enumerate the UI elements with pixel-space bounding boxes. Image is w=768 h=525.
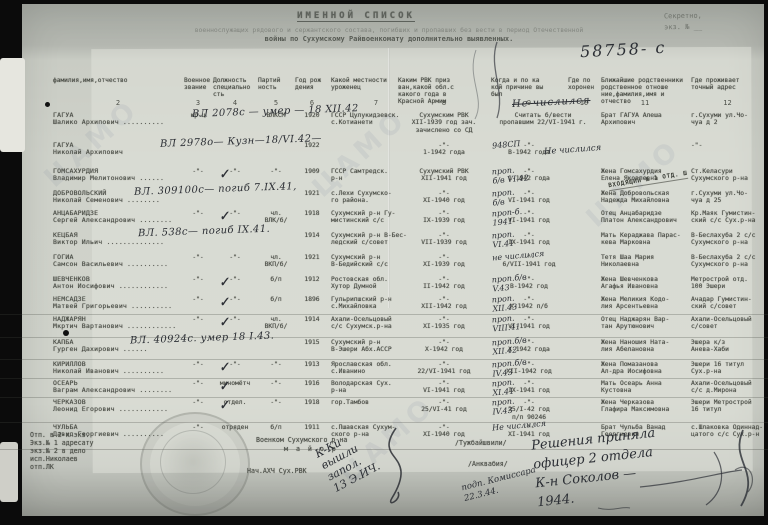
cell-drafted: -"- XI-1935 год: [398, 316, 490, 331]
document-title: ИМЕННОЙ СПИСОК: [236, 11, 476, 21]
cell-rank: -"-: [184, 296, 212, 303]
cell-party: б/п: [258, 296, 294, 303]
cell-drafted: -"- VII-1939 год: [398, 232, 490, 247]
column-number: 9: [491, 99, 567, 107]
cell-year: 1915: [295, 339, 329, 346]
cell-rel: Жена Гомсахурдия Елена Яковлевна: [601, 168, 689, 183]
cell-year: 1896: [295, 296, 329, 303]
cell-name: ГОМСАХУРДИЯ Владимир Мелитонович ......: [53, 168, 183, 183]
cell-year: 1918: [295, 399, 329, 406]
cell-rank: -"-: [184, 380, 212, 387]
column-header-year: Год рож дения: [295, 77, 333, 91]
cell-drafted: -"- Х-1942 год: [398, 339, 490, 354]
cell-rank: -"-: [184, 316, 212, 323]
cell-addr: г.Сухуми ул.Чо- чуа д 2: [691, 112, 764, 127]
cell-drafted: -"- VI-1941 год: [398, 380, 490, 395]
column-number: 4: [213, 99, 257, 107]
cell-drafted: -"- XI-1940 год: [398, 424, 490, 439]
cell-name: НЕМСАДЗЕ Матвей Григорьевич ..........: [53, 296, 183, 311]
table-row: КАПБА Гурген Дахирович ......1915Сухумск…: [0, 337, 768, 359]
cell-party: чл. ВКП/б/: [258, 316, 294, 331]
cell-rel: Жена Черказова Глафира Максимовна: [601, 399, 689, 414]
cell-party: -"-: [258, 168, 294, 175]
cell-addr: Кр.Маяк Гумистин- ский с/с Сух.р-на: [691, 210, 764, 225]
copies-note: Отп. в 2-х экз. Экз.№ 1 адресату экз.№ 2…: [30, 431, 94, 471]
cell-name: ГОГИА Самсон Васильевич ..........: [53, 254, 183, 269]
cell-name: НАДЖАРЯН Мкртич Вартанович ............: [53, 316, 183, 331]
table-row: АНЦАБАРИДЗЕ Сергей Александрович .......…: [0, 209, 768, 231]
cell-party: -"-: [258, 399, 294, 406]
cell-drafted: -"- 1-1942 года: [398, 142, 490, 157]
column-number: 3: [184, 99, 212, 107]
column-number: 12: [691, 99, 764, 107]
cell-drafted: Сухумским РВК XII-1939 год зач. зачислен…: [398, 112, 490, 134]
secret-stamp-line2: экз. № __: [664, 22, 702, 31]
table-row: КИРИЛЛОВ Николай Иванович ..........-"--…: [0, 359, 768, 378]
cell-rank: -"-: [184, 276, 212, 283]
document-subtitle-1: военнослужащих рядового и сержантского с…: [104, 26, 674, 34]
cell-name: ОСЕАРЬ Ваграм Александрович ........: [53, 380, 183, 395]
cell-name: ШЕВЧЕНКОВ Антон Иосифович ............: [53, 276, 183, 291]
document-subtitle-2: войны по Сухумскому Райвоенкомату дополн…: [164, 35, 614, 43]
column-header-lost: Когда и по ка кой причине вы был: [491, 77, 571, 98]
cell-addr: с.Шлаковка Одиннад- цатого с/с Сух.р-н: [691, 424, 764, 439]
cell-year: 1921: [295, 190, 329, 197]
table-row: ГОМСАХУРДИЯ Владимир Мелитонович ......-…: [0, 167, 768, 189]
cell-rel: Жена Помазанова Ал-дра Иосифовна: [601, 361, 689, 376]
cell-addr: г.Сухуми ул.Чо- чуа д 25: [691, 190, 764, 205]
table-row: КЕЦБАЯ Виктор Ильич ..............1914Су…: [0, 231, 768, 253]
table-row: ШЕВЧЕНКОВ Антон Иосифович ............-"…: [0, 275, 768, 295]
cell-party: чл. ВЛК/б/: [258, 210, 294, 225]
table-row: ЧЕРКАЗОВ Леонид Егорович ............-"-…: [0, 397, 768, 422]
cell-addr: Ст.Келасури Сухумского р-на: [691, 168, 764, 183]
cell-drafted: -"- XI-1940 год: [398, 190, 490, 205]
cell-rank: -"-: [184, 210, 212, 217]
cell-addr: В-Беслахуба 2 с/с Сухумского р-на: [691, 254, 764, 269]
column-header-rank: Военное звание: [184, 77, 216, 91]
cell-drafted: -"- XII-1942 год: [398, 296, 490, 311]
table-row: ГАГУА Николай Архипович1922-"- 1-1942 го…: [0, 141, 768, 167]
cell-year: 1911: [295, 424, 329, 431]
cell-rel: Жена Наношия Ната- лия Абелановна: [601, 339, 689, 354]
table-row: НАДЖАРЯН Мкртич Вартанович ............-…: [0, 314, 768, 337]
secret-stamp: Секретно, экз. № __: [664, 11, 702, 33]
column-number: 2: [53, 99, 183, 107]
table-body: ГАГУА Шалико Архипович ..........кр-цВЛК…: [0, 111, 768, 450]
cell-party: б/п: [258, 276, 294, 283]
column-number: 10: [568, 99, 600, 107]
cell-rel: Брат ГАГУА Алеша Архипович: [601, 112, 689, 127]
cell-party: -"-: [258, 380, 294, 387]
clerk-title: Нач.АХЧ Сух.РВК: [247, 467, 307, 475]
cell-rel: Мать Осеарь Анна Кустовна: [601, 380, 689, 395]
torn-edge-patch-bottom: [0, 442, 18, 502]
cell-addr: Ахали-Осельцовый с/совет: [691, 316, 764, 331]
cell-name: АНЦАБАРИДЗЕ Сергей Александрович .......…: [53, 210, 183, 225]
cell-addr: Ачадар Гумистин- ский с/совет: [691, 296, 764, 311]
cell-rel: Жена Добровольская Надежда Михайловна: [601, 190, 689, 205]
round-seal-stamp: [140, 412, 250, 516]
handwritten-checkmark: ✓: [218, 314, 230, 329]
handwritten-checkmark: ✓: [218, 397, 230, 412]
cell-addr: Эшера к/з Анева-Хаби: [691, 339, 764, 354]
document-scan: ЦАМО ЦАМО ЦАМО ЦАМО ИМЕННОЙ СПИСОК военн…: [0, 0, 768, 525]
cell-year: 1914: [295, 316, 329, 323]
cell-rel: Отец Анцабаридзе Платон Александрович: [601, 210, 689, 225]
column-number: 11: [601, 99, 689, 107]
resolution-note: Решения приняла офицер 2 отдела К-н Соко…: [530, 424, 662, 513]
handwritten-checkmark: ✓: [218, 359, 230, 374]
handwritten-checkmark: ✓: [218, 208, 230, 223]
cell-addr: В-Беслахуба 2 с/с Сухумского р-на: [691, 232, 764, 247]
cell-drafted: Сухумский РВК XII-1941 год: [398, 168, 490, 183]
cell-party: чл. ВКП/б/: [258, 254, 294, 269]
secret-stamp-line1: Секретно,: [664, 12, 702, 21]
handwritten-checkmark: ✓: [218, 274, 230, 289]
cell-addr: -"-: [691, 142, 764, 149]
cell-addr: Ахали-Осельцовый с/с д.Мирона: [691, 380, 764, 395]
cell-rel: Жена Шевченкова Агафья Ивановна: [601, 276, 689, 291]
cell-duty: -"-: [213, 254, 257, 261]
cell-addr: Эшери Метрострой 16 титул: [691, 399, 764, 414]
cell-year: 1913: [295, 361, 329, 368]
table-row: НЕМСАДЗЕ Матвей Григорьевич ..........-"…: [0, 295, 768, 314]
cell-rank: -"-: [184, 399, 212, 406]
cell-year: 1921: [295, 254, 329, 261]
column-header-party: Партий ность: [258, 77, 298, 91]
table-row: ГОГИА Самсон Васильевич ..........-"--"-…: [0, 253, 768, 275]
cell-addr: Эшери 16 титул Сух.р-на: [691, 361, 764, 376]
column-number: 8: [398, 99, 490, 107]
hole-punch-dot: [45, 102, 50, 107]
column-header-name: фамилия,имя,отчество: [53, 77, 187, 84]
cell-name: ЧЕРКАЗОВ Леонид Егорович ............: [53, 399, 183, 414]
cell-rel: Мать Кераджава Парас- кева Марковна: [601, 232, 689, 247]
cell-rel: Отец Наджарян Вар- тан Арутюнович: [601, 316, 689, 331]
cell-addr: Метрострой отд. 100 Эшери: [691, 276, 764, 291]
handwritten-checkmark: ✓: [218, 166, 230, 181]
cell-year: 1918: [295, 210, 329, 217]
table-row: ОСЕАРЬ Ваграм Александрович ........-"-м…: [0, 378, 768, 397]
cell-rel: Жена Меликия Кодо- лия Арсентьевна: [601, 296, 689, 311]
cell-rank: -"-: [184, 361, 212, 368]
handwritten-checkmark: ✓: [218, 294, 230, 309]
column-header-addr: Где проживает точный адрес: [691, 77, 768, 91]
cell-drafted: -"- II-1942 год: [398, 276, 490, 291]
cell-rel: Тетя Шаа Мария Николаевна: [601, 254, 689, 269]
cell-drafted: -"- IX-1939 год: [398, 210, 490, 225]
cell-year: 1916: [295, 380, 329, 387]
cell-year: 1912: [295, 276, 329, 283]
table-row: ДОБРОВОЛЬСКИЙ Николай Семенович ........…: [0, 189, 768, 209]
table-row: ГАГУА Шалико Архипович ..........кр-цВЛК…: [0, 111, 768, 141]
cell-party: -"-: [258, 361, 294, 368]
handwritten-checkmark: ✓: [218, 378, 230, 393]
cell-name: КИРИЛЛОВ Николай Иванович ..........: [53, 361, 183, 376]
cell-rank: -"-: [184, 168, 212, 175]
cell-year: 1909: [295, 168, 329, 175]
column-header-duty: Должность специально сть: [213, 77, 261, 98]
cell-rank: -"-: [184, 254, 212, 261]
commissar-signature-name: /Тужбайшвили/: [455, 439, 507, 447]
cell-drafted: -"- XI-1939 год: [398, 254, 490, 269]
clerk-signature-name: /Анквабия/: [468, 460, 508, 468]
cell-year: 1914: [295, 232, 329, 239]
column-header-buried: Где по хоронен: [568, 77, 604, 91]
cell-party: б/п: [258, 424, 294, 431]
cell-drafted: -"- 25/VI-41 год: [398, 399, 490, 414]
cell-lost: Считать б/вести пропавшим 22/VI-1941 г.: [491, 112, 595, 127]
cell-drafted: -"- 22/VI-1941 год: [398, 361, 490, 376]
cell-name: ГАГУА Шалико Архипович ..........: [53, 112, 183, 127]
